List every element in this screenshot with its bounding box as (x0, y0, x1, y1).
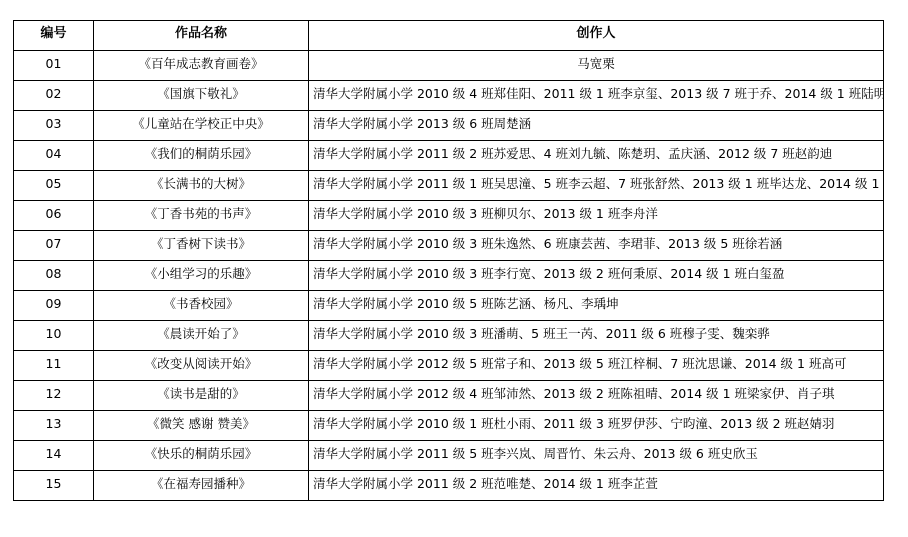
row-number: 05 (14, 171, 94, 201)
row-number: 07 (14, 231, 94, 261)
work-title: 《快乐的桐荫乐园》 (94, 441, 309, 471)
column-header-number: 编号 (14, 21, 94, 51)
column-header-work-title: 作品名称 (94, 21, 309, 51)
table-row: 15 《在福寿园播种》 清华大学附属小学 2011 级 2 班范唯楚、2014 … (14, 471, 884, 501)
work-creators: 清华大学附属小学 2010 级 4 班郑佳阳、2011 级 1 班李京玺、201… (309, 81, 884, 111)
table-row: 06 《丁香书苑的书声》 清华大学附属小学 2010 级 3 班柳贝尔、2013… (14, 201, 884, 231)
work-title: 《国旗下敬礼》 (94, 81, 309, 111)
column-header-creators: 创作人 (309, 21, 884, 51)
table-body: 01 《百年成志教育画卷》 马宽栗 02 《国旗下敬礼》 清华大学附属小学 20… (14, 51, 884, 501)
work-title: 《改变从阅读开始》 (94, 351, 309, 381)
work-creators: 清华大学附属小学 2012 级 4 班邹沛然、2013 级 2 班陈祖晴、201… (309, 381, 884, 411)
work-creators: 马宽栗 (309, 51, 884, 81)
work-creators: 清华大学附属小学 2011 级 2 班苏爱思、4 班刘九毓、陈楚玥、孟庆涵、20… (309, 141, 884, 171)
row-number: 14 (14, 441, 94, 471)
work-creators: 清华大学附属小学 2010 级 3 班潘萌、5 班王一芮、2011 级 6 班穆… (309, 321, 884, 351)
table-row: 04 《我们的桐荫乐园》 清华大学附属小学 2011 级 2 班苏爱思、4 班刘… (14, 141, 884, 171)
work-creators: 清华大学附属小学 2010 级 3 班朱逸然、6 班康芸茜、李珺菲、2013 级… (309, 231, 884, 261)
table-row: 07 《丁香树下读书》 清华大学附属小学 2010 级 3 班朱逸然、6 班康芸… (14, 231, 884, 261)
work-creators: 清华大学附属小学 2010 级 3 班柳贝尔、2013 级 1 班李舟洋 (309, 201, 884, 231)
work-title: 《丁香树下读书》 (94, 231, 309, 261)
work-title: 《长满书的大树》 (94, 171, 309, 201)
row-number: 15 (14, 471, 94, 501)
row-number: 06 (14, 201, 94, 231)
work-title: 《丁香书苑的书声》 (94, 201, 309, 231)
work-creators: 清华大学附属小学 2010 级 1 班杜小雨、2011 级 3 班罗伊莎、宁昀潼… (309, 411, 884, 441)
work-title: 《在福寿园播种》 (94, 471, 309, 501)
row-number: 08 (14, 261, 94, 291)
table-row: 12 《读书是甜的》 清华大学附属小学 2012 级 4 班邹沛然、2013 级… (14, 381, 884, 411)
row-number: 09 (14, 291, 94, 321)
work-creators: 清华大学附属小学 2010 级 5 班陈艺涵、杨凡、李瑀坤 (309, 291, 884, 321)
header-row: 编号 作品名称 创作人 (14, 21, 884, 51)
work-creators: 清华大学附属小学 2011 级 2 班范唯楚、2014 级 1 班李芷萱 (309, 471, 884, 501)
row-number: 13 (14, 411, 94, 441)
table-row: 14 《快乐的桐荫乐园》 清华大学附属小学 2011 级 5 班李兴岚、周晋竹、… (14, 441, 884, 471)
row-number: 03 (14, 111, 94, 141)
table-row: 11 《改变从阅读开始》 清华大学附属小学 2012 级 5 班常子和、2013… (14, 351, 884, 381)
row-number: 11 (14, 351, 94, 381)
row-number: 02 (14, 81, 94, 111)
table-row: 10 《晨读开始了》 清华大学附属小学 2010 级 3 班潘萌、5 班王一芮、… (14, 321, 884, 351)
work-creators: 清华大学附属小学 2011 级 1 班吴思潼、5 班李云超、7 班张舒然、201… (309, 171, 884, 201)
work-creators: 清华大学附属小学 2013 级 6 班周楚涵 (309, 111, 884, 141)
work-title: 《我们的桐荫乐园》 (94, 141, 309, 171)
table-row: 03 《儿童站在学校正中央》 清华大学附属小学 2013 级 6 班周楚涵 (14, 111, 884, 141)
table-row: 13 《微笑 感谢 赞美》 清华大学附属小学 2010 级 1 班杜小雨、201… (14, 411, 884, 441)
works-table: 编号 作品名称 创作人 01 《百年成志教育画卷》 马宽栗 02 《国旗下敬礼》… (13, 20, 884, 501)
table-row: 08 《小组学习的乐趣》 清华大学附属小学 2010 级 3 班李行宽、2013… (14, 261, 884, 291)
table-row: 05 《长满书的大树》 清华大学附属小学 2011 级 1 班吴思潼、5 班李云… (14, 171, 884, 201)
work-title: 《书香校园》 (94, 291, 309, 321)
row-number: 04 (14, 141, 94, 171)
row-number: 12 (14, 381, 94, 411)
table-row: 01 《百年成志教育画卷》 马宽栗 (14, 51, 884, 81)
work-title: 《读书是甜的》 (94, 381, 309, 411)
work-title: 《微笑 感谢 赞美》 (94, 411, 309, 441)
table-row: 09 《书香校园》 清华大学附属小学 2010 级 5 班陈艺涵、杨凡、李瑀坤 (14, 291, 884, 321)
work-title: 《小组学习的乐趣》 (94, 261, 309, 291)
work-creators: 清华大学附属小学 2011 级 5 班李兴岚、周晋竹、朱云舟、2013 级 6 … (309, 441, 884, 471)
work-title: 《晨读开始了》 (94, 321, 309, 351)
work-title: 《儿童站在学校正中央》 (94, 111, 309, 141)
work-creators: 清华大学附属小学 2010 级 3 班李行宽、2013 级 2 班何秉原、201… (309, 261, 884, 291)
row-number: 10 (14, 321, 94, 351)
table-row: 02 《国旗下敬礼》 清华大学附属小学 2010 级 4 班郑佳阳、2011 级… (14, 81, 884, 111)
work-creators: 清华大学附属小学 2012 级 5 班常子和、2013 级 5 班江梓桐、7 班… (309, 351, 884, 381)
work-title: 《百年成志教育画卷》 (94, 51, 309, 81)
row-number: 01 (14, 51, 94, 81)
